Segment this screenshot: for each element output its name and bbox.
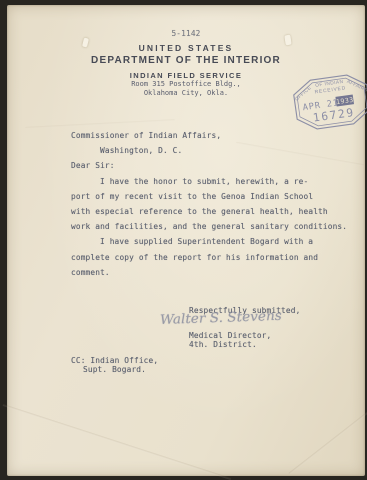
salutation: Dear Sir: xyxy=(71,158,347,173)
body-line: with especial reference to the general h… xyxy=(71,204,347,219)
form-number: 5-1142 xyxy=(7,29,365,38)
handwritten-signature: Walter S. Stevens xyxy=(160,307,328,328)
signer-title-line2: 4th. District. xyxy=(189,340,257,349)
stamp-year: 1933 xyxy=(336,96,355,106)
letterhead-department: DEPARTMENT OF THE INTERIOR xyxy=(7,55,365,66)
stamp-arc-word-left: OFFICE xyxy=(294,85,312,102)
letter-body: Commissioner of Indian Affairs, Washingt… xyxy=(71,128,347,280)
cc-line1: CC: Indian Office, xyxy=(71,356,158,365)
letter-paper: 5-1142 UNITED STATES DEPARTMENT OF THE I… xyxy=(7,5,365,476)
body-line: I have supplied Superintendent Bogard wi… xyxy=(71,234,347,249)
body-line: comment. xyxy=(71,265,347,280)
scanned-letter: 5-1142 UNITED STATES DEPARTMENT OF THE I… xyxy=(0,0,367,480)
cc-line2: Supt. Bogard. xyxy=(83,365,146,374)
paper-crease xyxy=(288,393,367,474)
recipient-line: Commissioner of Indian Affairs, xyxy=(71,128,347,143)
signer-title-line1: Medical Director, xyxy=(189,331,271,340)
received-stamp: OFFICE OF INDIAN AFFAIRS RECEIVED APR 21… xyxy=(290,69,367,135)
paper-crease xyxy=(3,404,232,480)
recipient-line: Washington, D. C. xyxy=(71,143,347,158)
body-line: work and facilities, and the general san… xyxy=(71,219,347,234)
letterhead-country: UNITED STATES xyxy=(7,43,365,53)
body-line: I have the honor to submit, herewith, a … xyxy=(71,174,347,189)
stamp-arc-word-right: AFFAIRS xyxy=(346,79,367,93)
body-line: port of my recent visit to the Genoa Ind… xyxy=(71,189,347,204)
body-line: complete copy of the report for his info… xyxy=(71,250,347,265)
